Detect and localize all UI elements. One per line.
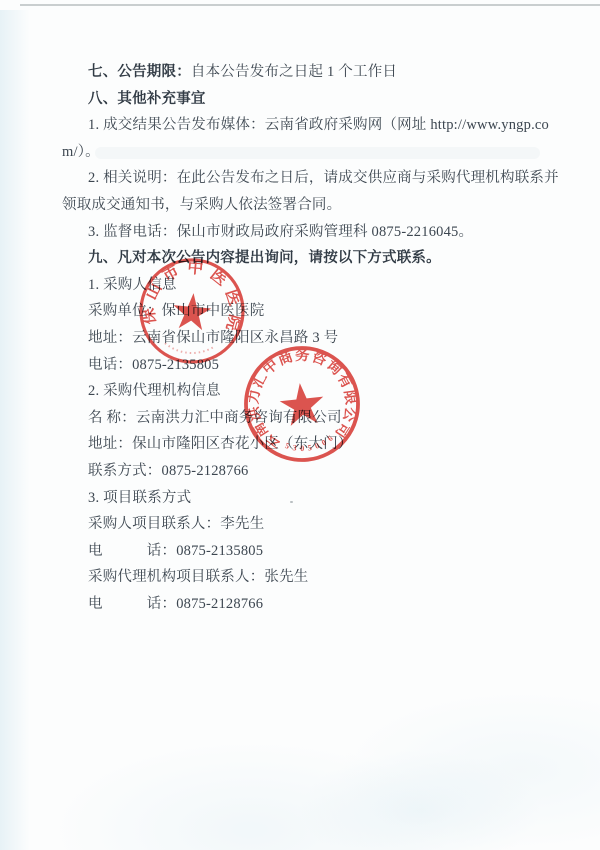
round-stamp-icon: 云南洪力汇中商务咨询有限公司 5305006006440: [236, 338, 368, 470]
official-seal-buyer: 保山市中医医院: [132, 251, 251, 370]
section-heading: 七、公告期限：: [88, 64, 191, 80]
star-icon: [171, 291, 212, 330]
doc-line: m/）。: [62, 139, 552, 166]
doc-text: 联系方式：0875-2128766: [88, 463, 248, 479]
scan-top-edge: [20, 4, 600, 6]
scanned-document-page: { "document": { "lines": [ {"bold": "七、公…: [0, 0, 600, 850]
doc-line: 电 话：0875-2128766: [62, 591, 552, 618]
doc-line: 领取成交通知书，与采购人依法签署合同。: [62, 192, 552, 219]
doc-line: 3. 项目联系方式: [62, 485, 552, 512]
doc-text: 领取成交通知书，与采购人依法签署合同。: [62, 197, 341, 213]
doc-line: 电 话：0875-2135805: [62, 538, 552, 565]
official-seal-agency: 云南洪力汇中商务咨询有限公司 5305006006440: [236, 338, 368, 470]
doc-text: 采购代理机构项目联系人：张先生: [88, 569, 309, 585]
doc-text: 自本公告发布之日起 1 个工作日: [191, 64, 397, 80]
doc-text: 3. 项目联系方式: [88, 490, 191, 506]
doc-text: 电 话：0875-2128766: [88, 596, 263, 612]
round-stamp-icon: 保山市中医医院: [132, 251, 251, 370]
doc-text: 2. 相关说明：在此公告发布之日后，请成交供应商与采购代理机构联系并: [88, 170, 559, 186]
doc-line: 九、凡对本次公告内容提出询问，请按以下方式联系。: [62, 245, 552, 272]
doc-line: 采购代理机构项目联系人：张先生: [62, 564, 552, 591]
doc-line: 1. 采购人信息: [62, 272, 552, 299]
doc-line: 2. 相关说明：在此公告发布之日后，请成交供应商与采购代理机构联系并: [62, 165, 552, 192]
doc-line: 采购人项目联系人：李先生: [62, 511, 552, 538]
doc-line: 八、其他补充事宜: [62, 86, 552, 113]
doc-text: 电 话：0875-2135805: [88, 543, 263, 559]
doc-text: 1. 成交结果公告发布媒体：云南省政府采购网（网址 http://www.yng…: [88, 117, 549, 133]
doc-text: m/）。: [62, 144, 100, 160]
doc-text: 采购人项目联系人：李先生: [88, 516, 264, 532]
doc-line: 七、公告期限：自本公告发布之日起 1 个工作日: [62, 59, 552, 86]
doc-text: 2. 采购代理机构信息: [88, 383, 221, 399]
star-icon: [278, 381, 326, 427]
doc-line: 3. 监督电话：保山市财政局政府采购管理科 0875-2216045。: [62, 219, 552, 246]
doc-text: 3. 监督电话：保山市财政局政府采购管理科 0875-2216045。: [88, 224, 473, 240]
section-heading: 八、其他补充事宜: [88, 91, 206, 107]
doc-line: 1. 成交结果公告发布媒体：云南省政府采购网（网址 http://www.yng…: [62, 112, 552, 139]
